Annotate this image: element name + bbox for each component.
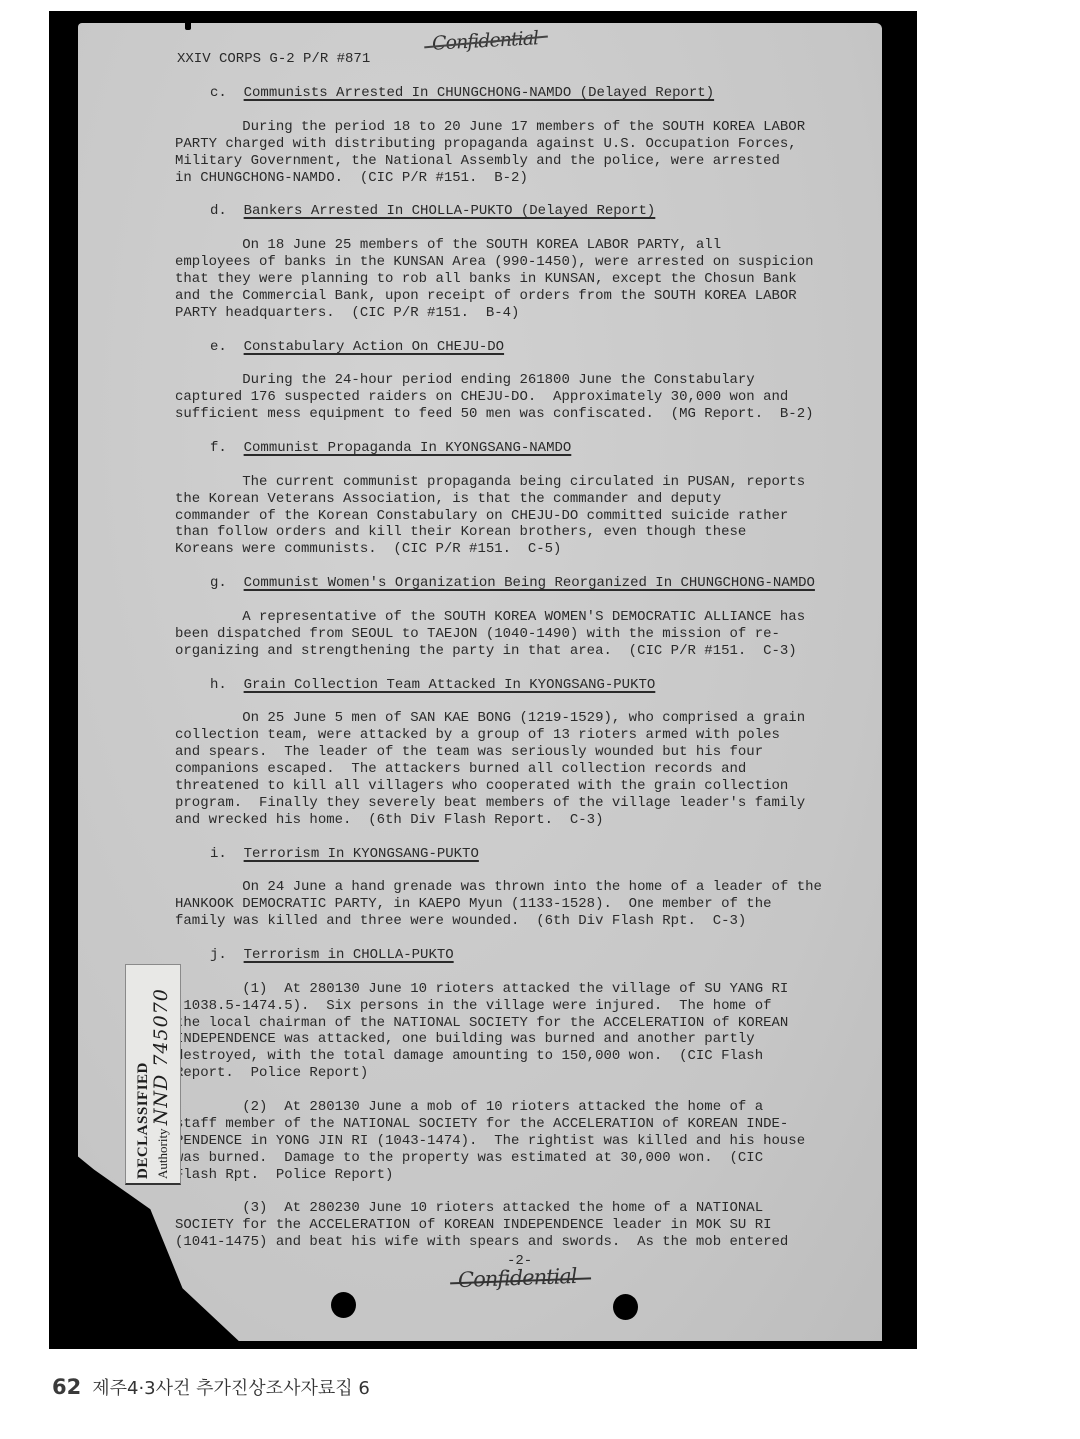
paragraph-line: (2) At 280130 June a mob of 10 rioters a… [175,1099,763,1116]
paragraph-line: During the 24-hour period ending 261800 … [175,372,755,389]
section-heading: g. Communist Women's Organization Being … [210,575,815,592]
section-heading: c. Communists Arrested In CHUNGCHONG-NAM… [210,85,714,102]
punch-hole-left [331,1292,356,1318]
book-title: 제주4·3사건 추가진상조사자료집 6 [92,1374,370,1400]
section-title: Communists Arrested In CHUNGCHONG-NAMDO … [244,85,714,101]
section-letter: c. [210,85,227,101]
paragraph-line: the Korean Veterans Association, is that… [175,491,721,508]
stamp-authority: Authority NND 745070 [152,969,172,1179]
paragraph-line: During the period 18 to 20 June 17 membe… [175,119,805,136]
paragraph-line: commander of the Korean Constabulary on … [175,508,788,525]
paragraph-line: than follow orders and kill their Korean… [175,524,746,541]
paragraph-line: the local chairman of the NATIONAL SOCIE… [175,1015,788,1032]
paragraph-line: employees of banks in the KUNSAN Area (9… [175,254,814,271]
paragraph-line: program. Finally they severely beat memb… [175,795,805,812]
paragraph-line: that they were planning to rob all banks… [175,271,797,288]
section-heading: j. Terrorism in CHOLLA-PUKTO [210,947,454,964]
paragraph-line: been dispatched from SEOUL to TAEJON (10… [175,626,780,643]
section-letter: f. [210,440,227,456]
paragraph-line: PARTY headquarters. (CIC P/R #151. B-4) [175,305,519,322]
section-title: Communist Women's Organization Being Reo… [244,575,815,591]
paragraph-line: INDEPENDENCE was attacked, one building … [175,1031,755,1048]
typed-text-body: XXIV CORPS G-2 P/R #871 c. Communists Ar… [78,23,882,1341]
section-heading: e. Constabulary Action On CHEJU-DO [210,339,504,356]
section-heading: d. Bankers Arrested In CHOLLA-PUKTO (Del… [210,203,655,220]
declassified-stamp: DECLASSIFIED Authority NND 745070 [125,964,181,1185]
section-title: Terrorism In KYONGSANG-PUKTO [244,846,479,862]
book-footer: 62 제주4·3사건 추가진상조사자료집 6 [52,1374,370,1400]
section-letter: i. [210,846,227,862]
paragraph-line: companions escaped. The attackers burned… [175,761,746,778]
section-title: Terrorism in CHOLLA-PUKTO [244,947,454,963]
paragraph-line: was burned. Damage to the property was e… [175,1150,763,1167]
paragraph-line: The current communist propaganda being c… [175,474,805,491]
paragraph-line: (1038.5-1474.5). Six persons in the vill… [175,998,772,1015]
scan-frame: XXIV CORPS G-2 P/R #871 c. Communists Ar… [49,11,917,1349]
paragraph-line: organizing and strengthening the party i… [175,643,797,660]
section-title: Grain Collection Team Attacked In KYONGS… [244,677,656,693]
section-title: Constabulary Action On CHEJU-DO [244,339,504,355]
paragraph-line: On 25 June 5 men of SAN KAE BONG (1219-1… [175,710,805,727]
paragraph-line: collection team, were attacked by a grou… [175,727,780,744]
paragraph-line: Flash Rpt. Police Report) [175,1167,393,1184]
section-title: Bankers Arrested In CHOLLA-PUKTO (Delaye… [244,203,656,219]
paragraph-line: PARTY charged with distributing propagan… [175,136,797,153]
paragraph-line: Military Government, the National Assemb… [175,153,780,170]
paragraph-line: and wrecked his home. (6th Div Flash Rep… [175,812,603,829]
paragraph-line: family was killed and three were wounded… [175,913,746,930]
confidential-handwritten-mark-bottom: Confidential [458,1264,577,1292]
paragraph-line: HANKOOK DEMOCRATIC PARTY, in KAEPO Myun … [175,896,772,913]
paragraph-line: and the Commercial Bank, upon receipt of… [175,288,797,305]
paragraph-line: Report. Police Report) [175,1065,368,1082]
paragraph-line: threatened to kill all villagers who coo… [175,778,788,795]
paragraph-line: and spears. The leader of the team was s… [175,744,763,761]
paragraph-line: On 18 June 25 members of the SOUTH KOREA… [175,237,721,254]
paragraph-line: A representative of the SOUTH KOREA WOME… [175,609,805,626]
section-letter: j. [210,947,227,963]
paragraph-line: SOCIETY for the ACCELERATION of KOREAN I… [175,1217,772,1234]
stamp-authority-code: NND 745070 [150,988,172,1125]
section-letter: d. [210,203,227,219]
paragraph-line: sufficient mess equipment to feed 50 men… [175,406,814,423]
section-heading: f. Communist Propaganda In KYONGSANG-NAM… [210,440,571,457]
paragraph-line: captured 176 suspected raiders on CHEJU-… [175,389,788,406]
paragraph-line: in CHUNGCHONG-NAMDO. (CIC P/R #151. B-2) [175,170,528,187]
section-letter: g. [210,575,227,591]
section-heading: h. Grain Collection Team Attacked In KYO… [210,677,655,694]
paragraph-line: staff member of the NATIONAL SOCIETY for… [175,1116,788,1133]
punch-hole-right [613,1294,638,1320]
document-page: XXIV CORPS G-2 P/R #871 c. Communists Ar… [78,23,882,1341]
paragraph-line: Koreans were communists. (CIC P/R #151. … [175,541,561,558]
report-header: XXIV CORPS G-2 P/R #871 [177,51,370,68]
paragraph-line: destroyed, with the total damage amounti… [175,1048,763,1065]
paragraph-line: PENDENCE in YONG JIN RI (1043-1474). The… [175,1133,805,1150]
section-heading: i. Terrorism In KYONGSANG-PUKTO [210,846,479,863]
paragraph-line: (1041-1475) and beat his wife with spear… [175,1234,788,1251]
paragraph-line: On 24 June a hand grenade was thrown int… [175,879,822,896]
paragraph-line: (3) At 280230 June 10 rioters attacked t… [175,1200,763,1217]
book-page-number: 62 [52,1375,81,1399]
section-letter: h. [210,677,227,693]
stamp-authority-label: Authority [155,1128,170,1179]
section-title: Communist Propaganda In KYONGSANG-NAMDO [244,440,572,456]
section-letter: e. [210,339,227,355]
paragraph-line: (1) At 280130 June 10 rioters attacked t… [175,981,788,998]
